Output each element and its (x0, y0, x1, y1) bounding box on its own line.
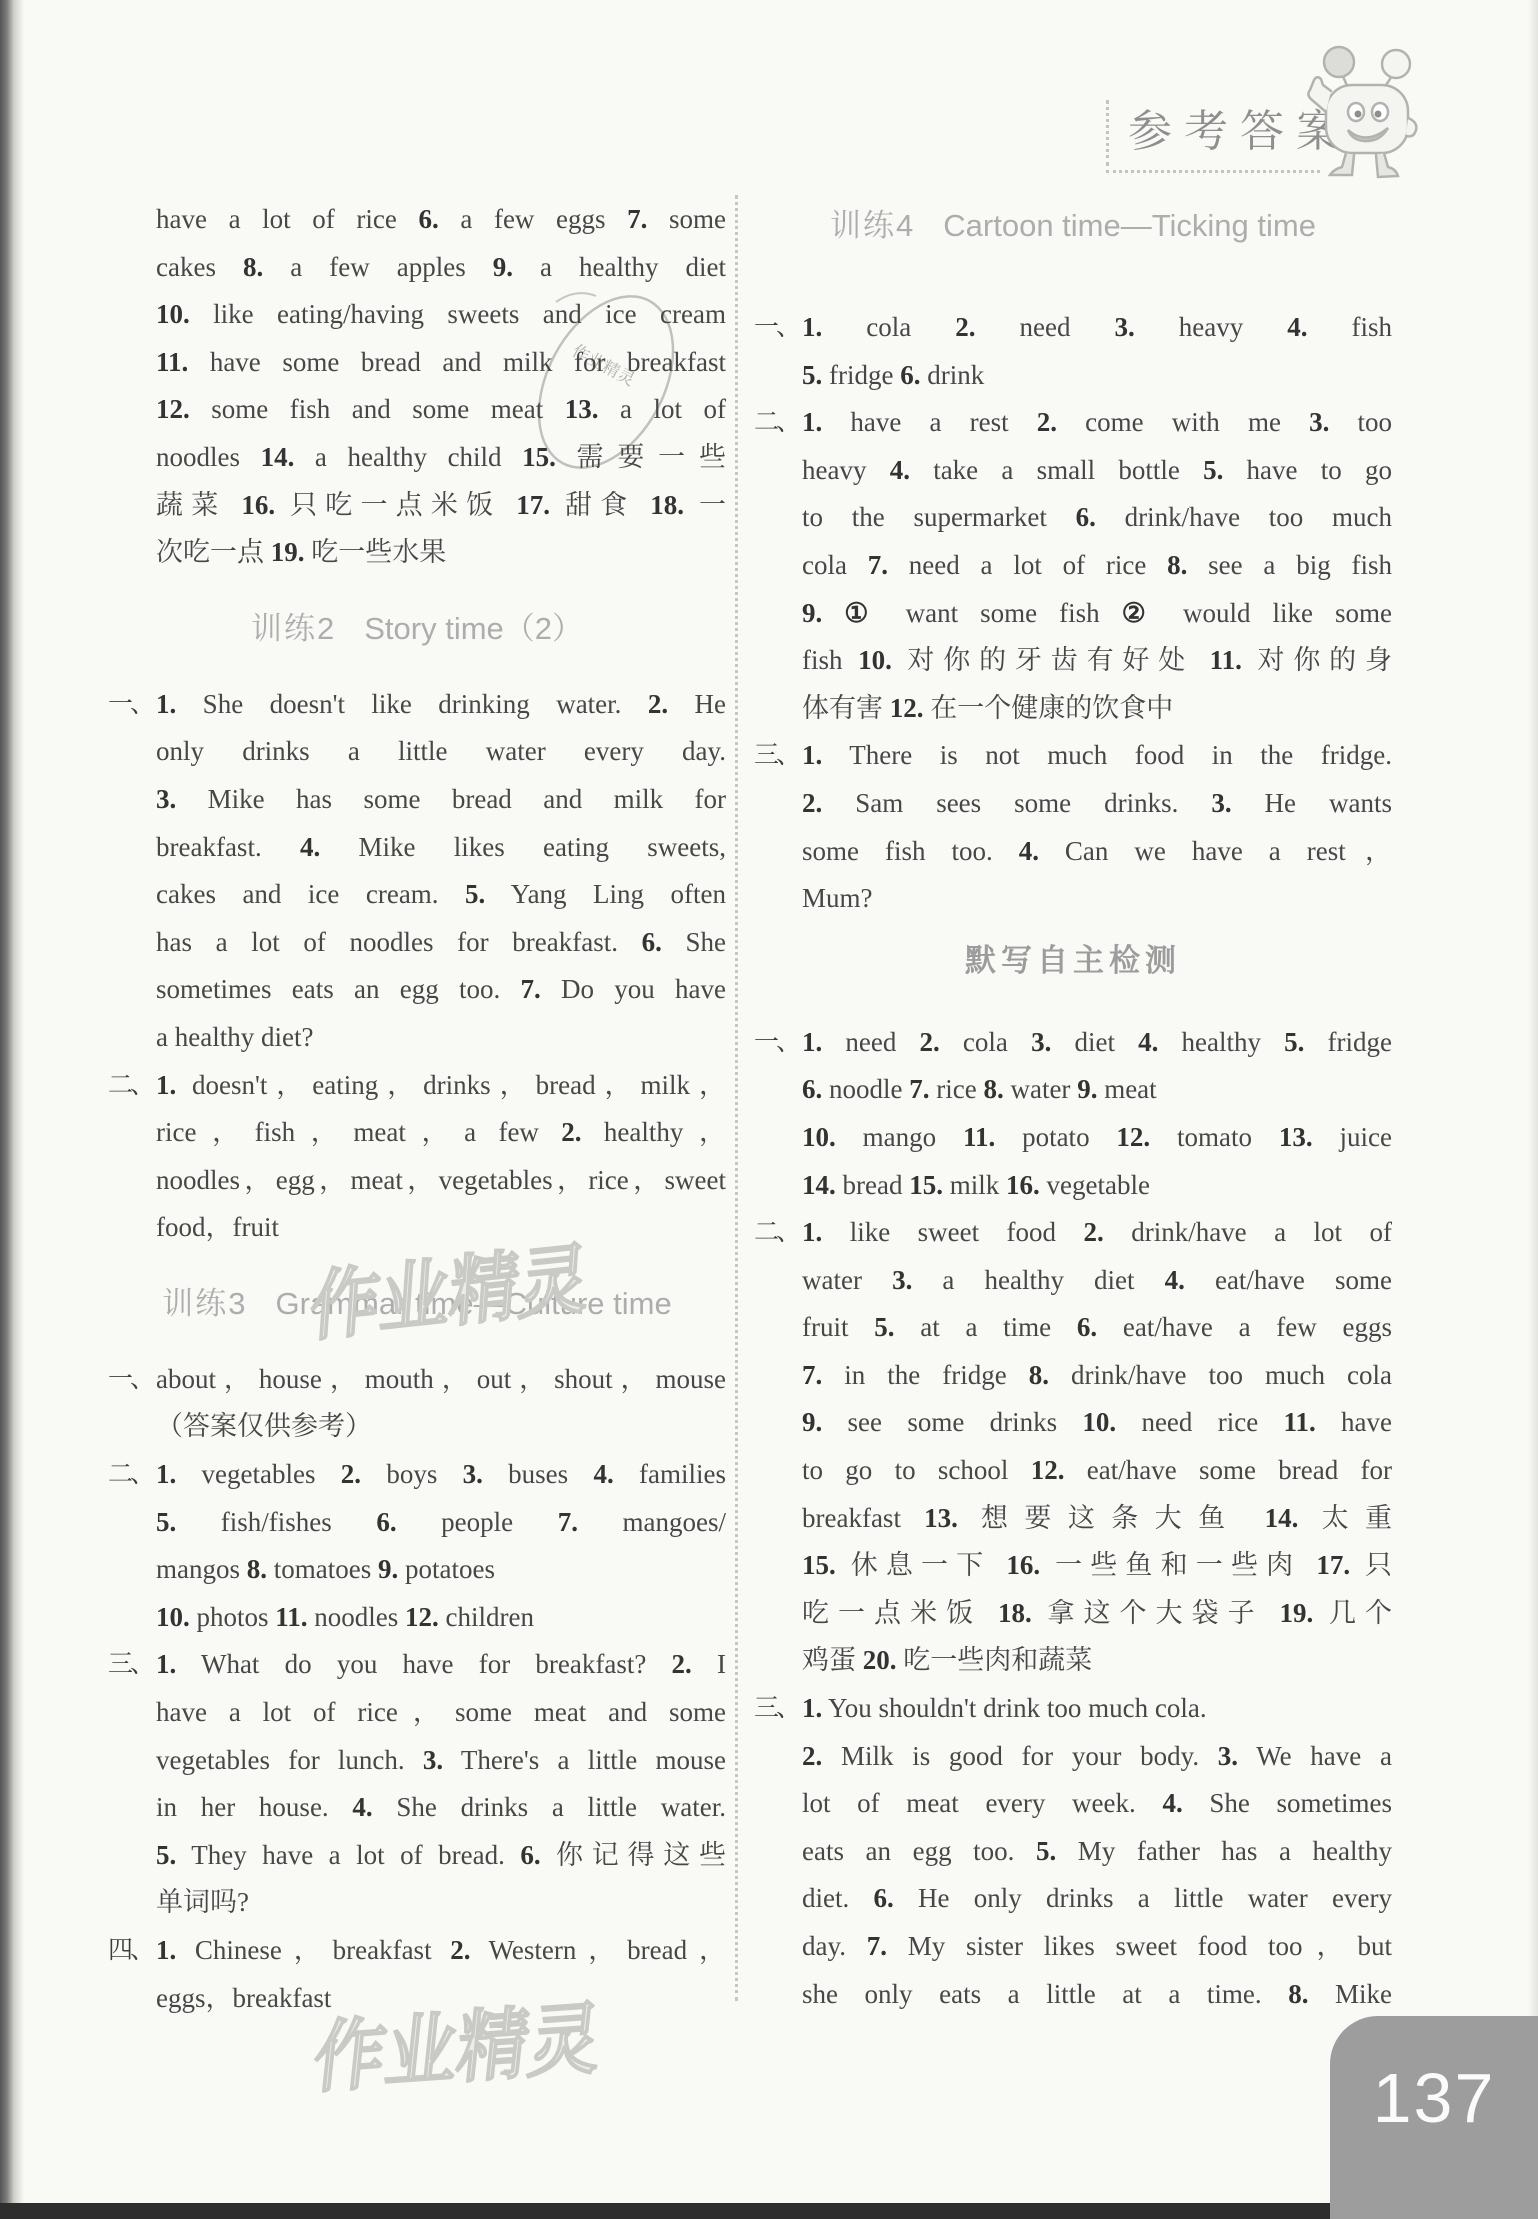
answer-line: 5. They have a lot of bread. 6. 你记得这些 (156, 1832, 726, 1880)
answer-line: fruit 5. at a time 6. eat/have a few egg… (802, 1304, 1392, 1352)
section-label: 二、 (754, 1209, 802, 1257)
answer-line: cakes 8. a few apples 9. a healthy diet (156, 244, 726, 292)
lesson-number: 训练4 (830, 202, 915, 250)
header-dotted-line-horizontal (1106, 170, 1320, 173)
answer-block: 四、 1. Chinese，breakfast 2. Western，bread… (108, 1927, 726, 2022)
answer-block: 三、 1. What do you have for breakfast? 2.… (108, 1641, 726, 1927)
answer-block: 三、 1. You shouldn't drink too much cola.… (754, 1685, 1392, 2018)
answer-line: 次吃一点 19. 吃一些水果 (156, 529, 726, 577)
answer-line: some fish too. 4. Can we have a rest， (802, 828, 1392, 876)
answer-line: 1. doesn't，eating，drinks，bread，milk， (156, 1062, 726, 1110)
answer-line: 1. need 2. cola 3. diet 4. healthy 5. fr… (802, 1019, 1392, 1067)
section-label: 三、 (754, 732, 802, 780)
scan-right-edge (1528, 0, 1538, 2219)
answer-line: eats an egg too. 5. My father has a heal… (802, 1828, 1392, 1876)
answer-line: 1. have a rest 2. come with me 3. too (802, 399, 1392, 447)
cartoon-mascot-icon (1296, 40, 1436, 190)
page-number-tab: 137 (1330, 2016, 1538, 2219)
answer-line: have a lot of rice，some meat and some (156, 1689, 726, 1737)
answer-line: has a lot of noodles for breakfast. 6. S… (156, 919, 726, 967)
section-label: 二、 (108, 1062, 156, 1110)
answer-line: diet. 6. He only drinks a little water e… (802, 1875, 1392, 1923)
answer-line: cakes and ice cream. 5. Yang Ling often (156, 871, 726, 919)
answer-block: 一、 1. She doesn't like drinking water. 2… (108, 681, 726, 1062)
answer-line: to the supermarket 6. drink/have too muc… (802, 494, 1392, 542)
section-label: 一、 (108, 681, 156, 729)
answer-line: 1. She doesn't like drinking water. 2. H… (156, 681, 726, 729)
answer-line: 10. mango 11. potato 12. tomato 13. juic… (802, 1114, 1392, 1162)
answer-line: cola 7. need a lot of rice 8. see a big … (802, 542, 1392, 590)
answer-line: 10. photos 11. noodles 12. children (156, 1594, 726, 1642)
answer-line: 5. fridge 6. drink (802, 352, 1392, 400)
lesson-title: 默写自主检测 (965, 937, 1181, 985)
answer-line: 14. bread 15. milk 16. vegetable (802, 1162, 1392, 1210)
answer-block: 二、 1. vegetables 2. boys 3. buses 4. fam… (108, 1451, 726, 1641)
answer-block: 一、 1. cola 2. need 3. heavy 4. fish 5. f… (754, 304, 1392, 399)
answer-block: 二、 1. doesn't，eating，drinks，bread，milk， … (108, 1062, 726, 1252)
section-header-dictation-test: 默写自主检测 (754, 937, 1392, 985)
lesson-title: Grammar time—Culture time (276, 1280, 672, 1328)
answer-line: 1. cola 2. need 3. heavy 4. fish (802, 304, 1392, 352)
answer-line: 10. like eating/having sweets and ice cr… (156, 291, 726, 339)
answer-block: 二、 1. have a rest 2. come with me 3. too… (754, 399, 1392, 732)
answer-line: 2. Milk is good for your body. 3. We hav… (802, 1733, 1392, 1781)
section-label: 四、 (108, 1927, 156, 1975)
answer-line: in her house. 4. She drinks a little wat… (156, 1784, 726, 1832)
section-label: 二、 (108, 1451, 156, 1499)
answer-block-continued: have a lot of rice 6. a few eggs 7. some… (108, 196, 726, 577)
section-header-lesson3: 训练3 Grammar time—Culture time (108, 1280, 726, 1328)
answer-line: noodles 14. a healthy child 15. 需要一些 (156, 434, 726, 482)
answer-line: 6. noodle 7. rice 8. water 9. meat (802, 1066, 1392, 1114)
answer-block: 一、 1. need 2. cola 3. diet 4. healthy 5.… (754, 1019, 1392, 1209)
answer-line: 1. like sweet food 2. drink/have a lot o… (802, 1209, 1392, 1257)
section-label: 一、 (754, 1019, 802, 1067)
answer-line: 蔬菜 16. 只吃一点米饭 17. 甜食 18. 一 (156, 482, 726, 530)
answer-line: （答案仅供参考） (156, 1403, 726, 1451)
section-label: 三、 (108, 1641, 156, 1689)
answer-line: mangos 8. tomatoes 9. potatoes (156, 1546, 726, 1594)
lesson-number: 训练3 (162, 1280, 247, 1328)
section-label: 一、 (754, 304, 802, 352)
answer-line: to go to school 12. eat/have some bread … (802, 1447, 1392, 1495)
section-label: 一、 (108, 1356, 156, 1404)
section-label: 三、 (754, 1685, 802, 1733)
answer-line: have a lot of rice 6. a few eggs 7. some (156, 196, 726, 244)
answer-line: vegetables for lunch. 3. There's a littl… (156, 1737, 726, 1785)
answer-line: 7. in the fridge 8. drink/have too much … (802, 1352, 1392, 1400)
answer-line: 5. fish/fishes 6. people 7. mangoes/ (156, 1499, 726, 1547)
answer-block: 三、 1. There is not much food in the frid… (754, 732, 1392, 922)
right-column: 训练4 Cartoon time—Ticking time 一、 1. cola… (754, 196, 1392, 2018)
scan-bottom-edge (0, 2203, 1336, 2219)
left-column: have a lot of rice 6. a few eggs 7. some… (108, 196, 726, 2022)
answer-line: rice，fish，meat，a few 2. healthy， (156, 1109, 726, 1157)
answer-line: 11. have some bread and milk for breakfa… (156, 339, 726, 387)
answer-line: food，fruit (156, 1204, 726, 1252)
answer-line: water 3. a healthy diet 4. eat/have some (802, 1257, 1392, 1305)
answer-line: 3. Mike has some bread and milk for (156, 776, 726, 824)
answer-line: 9. see some drinks 10. need rice 11. hav… (802, 1399, 1392, 1447)
answer-line: 12. some fish and some meat 13. a lot of (156, 386, 726, 434)
answer-line: 1. Chinese，breakfast 2. Western，bread， (156, 1927, 726, 1975)
answer-line: 2. Sam sees some drinks. 3. He wants (802, 780, 1392, 828)
answer-line: 1. vegetables 2. boys 3. buses 4. famili… (156, 1451, 726, 1499)
answer-line: noodles，egg，meat，vegetables，rice，sweet (156, 1157, 726, 1205)
answer-line: she only eats a little at a time. 8. Mik… (802, 1971, 1392, 2019)
answer-line: breakfast. 4. Mike likes eating sweets, (156, 824, 726, 872)
scan-left-edge (0, 0, 24, 2219)
section-label: 二、 (754, 399, 802, 447)
answer-line: 1. What do you have for breakfast? 2. I (156, 1641, 726, 1689)
answer-line: only drinks a little water every day. (156, 728, 726, 776)
answer-line: sometimes eats an egg too. 7. Do you hav… (156, 966, 726, 1014)
answer-line: day. 7. My sister likes sweet food too，b… (802, 1923, 1392, 1971)
answer-line: 吃一点米饭 18. 拿这个大袋子 19. 几个 (802, 1590, 1392, 1638)
lesson-title: Story time（2） (364, 605, 583, 653)
answer-line: a healthy diet? (156, 1014, 726, 1062)
answer-line: lot of meat every week. 4. She sometimes (802, 1780, 1392, 1828)
answer-line: 15. 休息一下 16. 一些鱼和一些肉 17. 只 (802, 1542, 1392, 1590)
answer-line: 1. There is not much food in the fridge. (802, 732, 1392, 780)
lesson-number: 训练2 (251, 605, 336, 653)
answer-line: Mum? (802, 875, 1392, 923)
section-header-lesson4: 训练4 Cartoon time—Ticking time (754, 202, 1392, 250)
answer-block: 一、 about，house，mouth，out，shout，mouse （答案… (108, 1356, 726, 1451)
column-divider (735, 195, 738, 2001)
section-header-lesson2: 训练2 Story time（2） (108, 605, 726, 653)
answer-line: 体有害 12. 在一个健康的饮食中 (802, 685, 1392, 733)
page-number: 137 (1330, 2058, 1538, 2138)
answer-line: fish 10. 对你的牙齿有好处 11. 对你的身 (802, 637, 1392, 685)
answer-line: 单词吗? (156, 1879, 726, 1927)
lesson-title: Cartoon time—Ticking time (943, 202, 1316, 250)
answer-line: breakfast 13. 想要这条大鱼 14. 太重 (802, 1495, 1392, 1543)
answer-block: 二、 1. like sweet food 2. drink/have a lo… (754, 1209, 1392, 1685)
answer-line: 鸡蛋 20. 吃一些肉和蔬菜 (802, 1637, 1392, 1685)
answer-line: eggs，breakfast (156, 1975, 726, 2023)
scanned-answer-page: { "header": { "title": "参考答案" }, "waterm… (0, 0, 1538, 2219)
header-dotted-line-vertical (1106, 100, 1109, 166)
answer-line: 9. ① want some fish ② would like some (802, 590, 1392, 638)
answer-line: heavy 4. take a small bottle 5. have to … (802, 447, 1392, 495)
answer-line: 1. You shouldn't drink too much cola. (802, 1685, 1392, 1733)
answer-line: about，house，mouth，out，shout，mouse (156, 1356, 726, 1404)
